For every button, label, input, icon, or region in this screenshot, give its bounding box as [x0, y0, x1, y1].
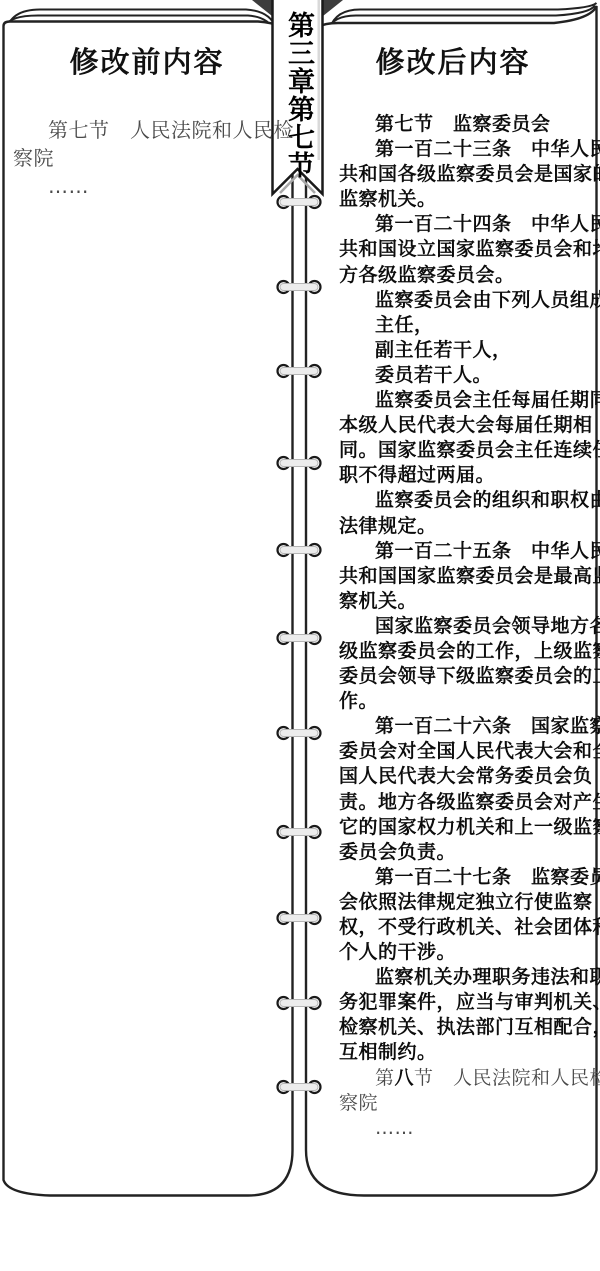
text-line: 国人民代表大会常务委员会负 — [339, 764, 595, 789]
text-line: 第七节 监察委员会 — [339, 112, 595, 137]
text-line: 互相制约。 — [339, 1040, 595, 1065]
text-line: 监察机关办理职务违法和职 — [339, 965, 595, 990]
text-line: 监察委员会主任每届任期同 — [339, 388, 595, 413]
text-line: 共和国国家监察委员会是最高监 — [339, 564, 595, 589]
text-line: 监察委员会的组织和职权由 — [339, 488, 595, 513]
text-line: 第一百二十七条 监察委员 — [339, 865, 595, 890]
text-line: 职不得超过两届。 — [339, 463, 595, 488]
chapter-section-ribbon-label: 第三章第七节 — [273, 6, 323, 184]
before-page-title: 修改前内容 — [2, 44, 292, 80]
text-line: 第一百二十六条 国家监察 — [339, 714, 595, 739]
text-line: 共和国各级监察委员会是国家的 — [339, 162, 595, 187]
text-line: 级监察委员会的工作，上级监察 — [339, 639, 595, 664]
text-line: 第八节 人民法院和人民检 — [339, 1066, 595, 1091]
text-line: 监察机关。 — [339, 187, 595, 212]
text-line: 个人的干涉。 — [339, 940, 595, 965]
text-line: 作。 — [339, 689, 595, 714]
amendment-comparison-graphic: 第三章第七节 修改前内容 修改后内容 第七节 人民法院和人民检察院…… 第七节 … — [0, 0, 600, 1271]
text-line: 监察委员会由下列人员组成： — [339, 288, 595, 313]
text-line: 共和国设立国家监察委员会和地 — [339, 237, 595, 262]
emphasized-char: 八 — [395, 1067, 415, 1089]
text-line: 会依照法律规定独立行使监察 — [339, 890, 595, 915]
text-line: 察院 — [13, 144, 286, 172]
text-line: 同。国家监察委员会主任连续任 — [339, 438, 595, 463]
text-line: 第一百二十四条 中华人民 — [339, 212, 595, 237]
text-line: 主任， — [339, 313, 595, 338]
text-line: 副主任若干人， — [339, 338, 595, 363]
text-line: 务犯罪案件，应当与审判机关、 — [339, 990, 595, 1015]
text-line: 第一百二十三条 中华人民 — [339, 137, 595, 162]
text-line: 检察机关、执法部门互相配合， — [339, 1015, 595, 1040]
text-line: 委员会领导下级监察委员会的工 — [339, 664, 595, 689]
text-line: …… — [339, 1116, 595, 1141]
after-page-body: 第七节 监察委员会第一百二十三条 中华人民共和国各级监察委员会是国家的监察机关。… — [306, 112, 600, 1141]
text-line: 权，不受行政机关、社会团体和 — [339, 915, 595, 940]
text-line: 国家监察委员会领导地方各 — [339, 614, 595, 639]
text-line: 本级人民代表大会每届任期相 — [339, 413, 595, 438]
text-line: 它的国家权力机关和上一级监察 — [339, 815, 595, 840]
after-page-title: 修改后内容 — [306, 44, 600, 80]
text-line: 委员若干人。 — [339, 363, 595, 388]
text-segment: 第 — [375, 1067, 395, 1089]
text-line: 法律规定。 — [339, 514, 595, 539]
text-line: 第一百二十五条 中华人民 — [339, 539, 595, 564]
text-line: 察院 — [339, 1091, 595, 1116]
text-line: 第七节 人民法院和人民检 — [13, 116, 286, 144]
text-line: 察机关。 — [339, 589, 595, 614]
text-line: …… — [13, 172, 286, 200]
before-page-body: 第七节 人民法院和人民检察院…… — [2, 116, 292, 200]
text-line: 方各级监察委员会。 — [339, 263, 595, 288]
text-line: 委员会对全国人民代表大会和全 — [339, 739, 595, 764]
text-line: 委员会负责。 — [339, 840, 595, 865]
text-line: 责。地方各级监察委员会对产生 — [339, 790, 595, 815]
text-segment: 节 人民法院和人民检 — [414, 1067, 600, 1089]
